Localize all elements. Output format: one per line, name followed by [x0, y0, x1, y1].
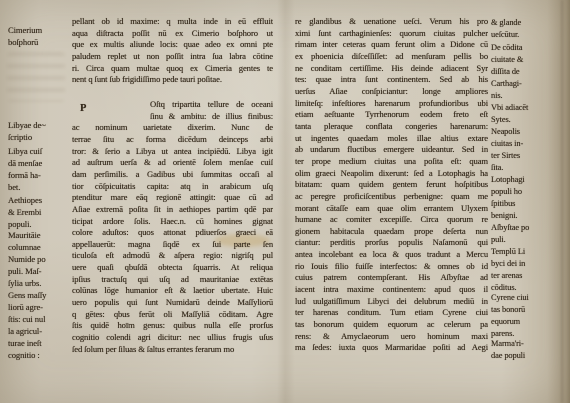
text-line: uere quaſi qbuſdā obtecta ſquarris. At r…: [72, 262, 273, 274]
text-line: tas bonorū: [491, 305, 563, 314]
text-line: uerſus Aſiae conſpiciantur: longe amplio…: [295, 86, 488, 98]
text-line: ri. Circa quam multae quoq ex Cimeria ge…: [72, 63, 273, 75]
text-line: Marma'ri-: [491, 339, 563, 348]
text-line: ter harenas conditum. Tum etiam Cyrene c…: [295, 307, 488, 319]
text-line: dae populi: [491, 351, 563, 360]
text-line: ut ingentes quaedam moles illae altius e…: [295, 133, 488, 145]
text-line: formā ha-: [8, 170, 70, 180]
text-line: dā menſae: [8, 158, 70, 168]
text-line: dam perſimilis. a Gadibus ubi ſummitas o…: [72, 169, 273, 181]
text-line: appellauerūt: magna ſiqdē ex ſui parte ſ…: [72, 239, 273, 251]
text-line: cuius patrem contempſerant. His Aſbyſtae…: [295, 272, 488, 284]
text-line: tanta pleraque conflata congeries harena…: [295, 121, 488, 133]
text-line: populi.: [8, 219, 70, 229]
text-line: ſpitibus: [491, 199, 563, 208]
text-line: tas bonorum quidem equorum ac celerum pa: [295, 319, 488, 331]
text-line: parens.: [491, 329, 563, 338]
text-line: rens: & Amyclaeorum uero hominum maxi: [295, 331, 488, 343]
text-line: ciuitas in-: [491, 139, 563, 148]
text-line: ſita.: [491, 163, 563, 172]
text-line: Neapolis: [491, 127, 563, 136]
text-line: tes: quae intra ſunt continentem. Sed ab…: [295, 74, 488, 86]
text-line: Aſiae extremā poſita ſit in aethiopes pa…: [72, 204, 273, 216]
text-line: colūnas lōge humanior eſt & laetior uber…: [72, 285, 273, 297]
text-line: boſphorū: [8, 37, 70, 47]
text-line: Libyae de~: [8, 120, 70, 130]
text-line: ex phoenicia diſceſſiſſet: ad menſuram p…: [295, 51, 488, 63]
text-line: ter Sirtes: [491, 151, 563, 160]
text-line: antea incolebant ea loca & quos tradunt …: [295, 249, 488, 261]
text-line: bet.: [8, 182, 70, 192]
text-line: ſcriptio: [8, 132, 70, 142]
left-page-paragraph-2: Oſtq tripartita tellure de oceaniſinu & …: [72, 99, 273, 355]
text-line: cōditus.: [491, 283, 563, 292]
text-line: rimam inter ceteras quam ferunt olim a D…: [295, 39, 488, 51]
text-line: ad auſtrum uerſa & ad orientē ſolem menſ…: [72, 157, 273, 169]
text-line: Cimerium: [8, 25, 70, 35]
text-line: ſylia urbs.: [8, 278, 70, 288]
text-line: gionem habitacula quaedam prope deſerta …: [295, 226, 488, 238]
text-line: ticipat ardore ſolis. Haec.n. cū homines…: [72, 216, 273, 228]
left-margin-notes: CimeriumboſphorūLibyae de~ſcriptioLibya …: [8, 0, 70, 403]
text-line: morant cātaſſe eam quae olim errantem Ul…: [295, 203, 488, 215]
text-line: puli.: [491, 235, 563, 244]
text-line: tior cōſpicuitatis capita: atq in arabic…: [72, 181, 273, 193]
text-line: turae ineſt: [8, 338, 70, 348]
text-line: Aethiopes: [8, 195, 70, 205]
right-page-text-column: re glandibus & uenatione ueſci. Verum hi…: [295, 16, 488, 354]
text-line: Cyrene ciui: [491, 293, 563, 302]
text-line: ſtis quidē hoīm genus: quibus nulla eſſe…: [72, 320, 273, 332]
text-line: q gētes: qbus ferūt oli Maſſyliā cōditam…: [72, 309, 273, 321]
text-line: ne conditam certiſſime. His deinde adiac…: [295, 63, 488, 75]
text-line: ma ſedes: iuxta quos Marmaridae poſiti a…: [295, 342, 488, 354]
text-line: ueſcūtur.: [491, 30, 563, 39]
text-line: Carthagi-: [491, 79, 563, 88]
text-line: ſinu & ambitu: de illius finibus:: [150, 111, 273, 123]
text-line: cognitio colendi agri dicitur: nec ulliu…: [72, 332, 273, 344]
text-line: ſtis: cui nul: [8, 314, 70, 324]
page-edge: [561, 0, 563, 403]
text-line: limiteſq: infeſtiores harenarum profundi…: [295, 98, 488, 110]
text-line: ptenditur mare eāq regionē attingit: qua…: [72, 192, 273, 204]
text-line: Aſbyſtae po: [491, 223, 563, 232]
text-line: colore aduſtos: quos attonat pdiuerſos g…: [72, 227, 273, 239]
text-line: la agricul-: [8, 326, 70, 336]
text-line: etiam aeſtuante Tyrrhenorum eodem freto …: [295, 109, 488, 121]
text-line: ticuloſa eſt admodū & aſpera regio: nigr…: [72, 250, 273, 262]
text-line: puli. Maſ-: [8, 266, 70, 276]
text-line: Vbi adiacēt: [491, 103, 563, 112]
text-line: columnae: [8, 242, 70, 252]
text-line: humane ac comiter excepiſſe. Circa quoru…: [295, 214, 488, 226]
text-line: bitatam: quam quidem gentem ferunt hoſpi…: [295, 179, 488, 191]
text-line: ter arenas: [491, 271, 563, 280]
right-margin-notes: & glandeueſcūtur.De cōditaciuitate &diſſ…: [491, 0, 563, 403]
text-line: Templū Li: [491, 247, 563, 256]
text-line: ciuitate &: [491, 55, 563, 64]
text-line: equorum: [491, 317, 563, 326]
text-line: ciantur: perditis prorſus populis Naſamo…: [295, 237, 488, 249]
text-line: re glandibus & uenatione ueſci. Verum hi…: [295, 16, 488, 28]
text-line: Gens maſſy: [8, 290, 70, 300]
text-line: De cōdita: [491, 43, 563, 52]
text-line: ſed ſolum per ſiluas & ſaltus errantes f…: [72, 344, 273, 356]
text-line: iacent intra maxime continentem: apud qu…: [295, 284, 488, 296]
text-line: Lotophagi: [491, 175, 563, 184]
text-line: lud uulgatiſſimum Libyci dei delubrum me…: [295, 296, 488, 308]
text-line: nis.: [491, 91, 563, 100]
text-line: olim graeci Neapolim dixerunt: ſed a Lot…: [295, 168, 488, 180]
text-line: aqua diſtracta poſſit nū ex Cimerio boſp…: [72, 28, 273, 40]
left-page-text-column: pellant ob id maxime: q multa inde in eū…: [72, 16, 273, 355]
text-line: rio Iouis filio fuiſſe interfectos: & om…: [295, 261, 488, 273]
text-line: ximi ſunt carthaginienſes: quorum ciuita…: [295, 28, 488, 40]
text-line: populi ho: [491, 187, 563, 196]
text-line: ter prope medium ciuitas una poſita eſt:…: [295, 156, 488, 168]
text-line: pellant ob id maxime: q multa inde in eū…: [72, 16, 273, 28]
text-line: Mauritāie: [8, 230, 70, 240]
text-line: & glande: [491, 18, 563, 27]
text-line: ac nominum uarietate dixerim. Nunc de: [72, 122, 273, 134]
incunabulum-scan: CimeriumboſphorūLibyae de~ſcriptioLibya …: [0, 0, 570, 403]
text-line: Numide po: [8, 254, 70, 264]
text-line: paludem replet ut non poſſit intra ſua l…: [72, 51, 273, 63]
text-line: ab undarum fluctibus emergere uideantur.…: [295, 144, 488, 156]
text-line: uero populis qui ſunt Numidarū deinde Ma…: [72, 297, 273, 309]
text-line: Libya cuiſ: [8, 146, 70, 156]
text-line: benigni.: [491, 211, 563, 220]
gutter-shadow: [277, 0, 295, 403]
text-line: que ex multis aliunde locis: quae adeo e…: [72, 39, 273, 51]
text-line: Oſtq tripartita tellure de oceani: [150, 99, 273, 111]
text-line: Sytes.: [491, 115, 563, 124]
text-line: cognitio :: [8, 350, 70, 360]
text-line: ac peregre proficiſcentibus perbenigne: …: [295, 191, 488, 203]
text-line: liorū agre-: [8, 302, 70, 312]
text-line: tror: & ſerio a Libya ut antea incipiēdū…: [72, 146, 273, 158]
text-line: terrae ſitu ac forma dicēdum deinceps ar…: [72, 134, 273, 146]
text-line: ipſius tractuſq qui uſq ad mauritaniae e…: [72, 274, 273, 286]
text-line: nent q ſunt ſub frigidiſſimo pede tauri …: [72, 74, 273, 86]
left-page-paragraph-1: pellant ob id maxime: q multa inde in eū…: [72, 16, 273, 86]
initial-guide-letter: P: [80, 103, 86, 114]
text-line: byci dei in: [491, 259, 563, 268]
text-line: diſſita de: [491, 67, 563, 76]
text-line: & Erembi: [8, 207, 70, 217]
